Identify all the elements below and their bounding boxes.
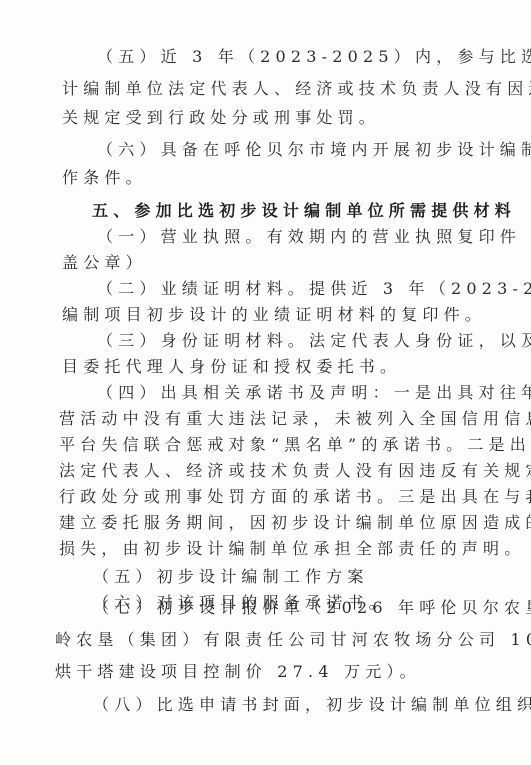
- paragraph-line: 关规定受到行政处分或刑事处罚。: [62, 108, 380, 128]
- paragraph-line: 营活动中没有重大违法记录，未被列入全国信用信息共享: [59, 409, 531, 429]
- paragraph-line: 建立委托服务期间，因初步设计编制单位原因造成的一切: [59, 513, 531, 533]
- paragraph-line: （三）身份证明材料。法定代表人身份证，以及该项: [97, 331, 531, 351]
- paragraph-line: 计编制单位法定代表人、经济或技术负责人没有因违反有: [62, 79, 531, 99]
- paragraph-line: 烘干塔建设项目控制价 27.4 万元）。: [55, 662, 421, 682]
- paragraph-line: 编制项目初步设计的业绩证明材料的复印件。: [62, 305, 486, 325]
- paragraph-line: （八）比选申请书封面，初步设计编制单位组织结构: [93, 695, 531, 715]
- paragraph-line: （七）初步设计报价单（2026 年呼伦贝尔农垦大兴安: [93, 598, 531, 618]
- paragraph-line: （五）初步设计编制工作方案: [93, 567, 369, 587]
- paragraph-line: 作条件。: [62, 168, 147, 188]
- paragraph-line: 法定代表人、经济或技术负责人没有因违反有关规定受到: [59, 461, 531, 481]
- paragraph-line: （六）具备在呼伦贝尔市境内开展初步设计编制的工: [97, 140, 531, 160]
- section-heading: 五、参加比选初步设计编制单位所需提供材料: [92, 201, 516, 221]
- paragraph-line: （五）近 3 年（2023-2025）内，参与比选的初步设: [97, 47, 531, 67]
- paragraph-line: 损失，由初步设计编制单位承担全部责任的声明。: [59, 539, 525, 559]
- paragraph-line: （二）业绩证明材料。提供近 3 年（2023-2025）内: [97, 279, 531, 299]
- paragraph-line: 平台失信联合惩戒对象“黑名单”的承诺书。二是出具对: [59, 435, 531, 455]
- paragraph-line: 岭农垦（集团）有限责任公司甘河农牧场分公司 1000 吨: [55, 630, 531, 650]
- paragraph-line: 盖公章）: [62, 253, 147, 273]
- paragraph-line: （一）营业执照。有效期内的营业执照复印件（需加: [97, 227, 531, 247]
- paragraph-line: （四）出具相关承诺书及声明：一是出具对往年在经: [97, 383, 531, 403]
- paragraph-line: 行政处分或刑事处罚方面的承诺书。三是出具在与我单位: [59, 487, 531, 507]
- paragraph-line: 目委托代理人身份证和授权委托书。: [62, 357, 401, 377]
